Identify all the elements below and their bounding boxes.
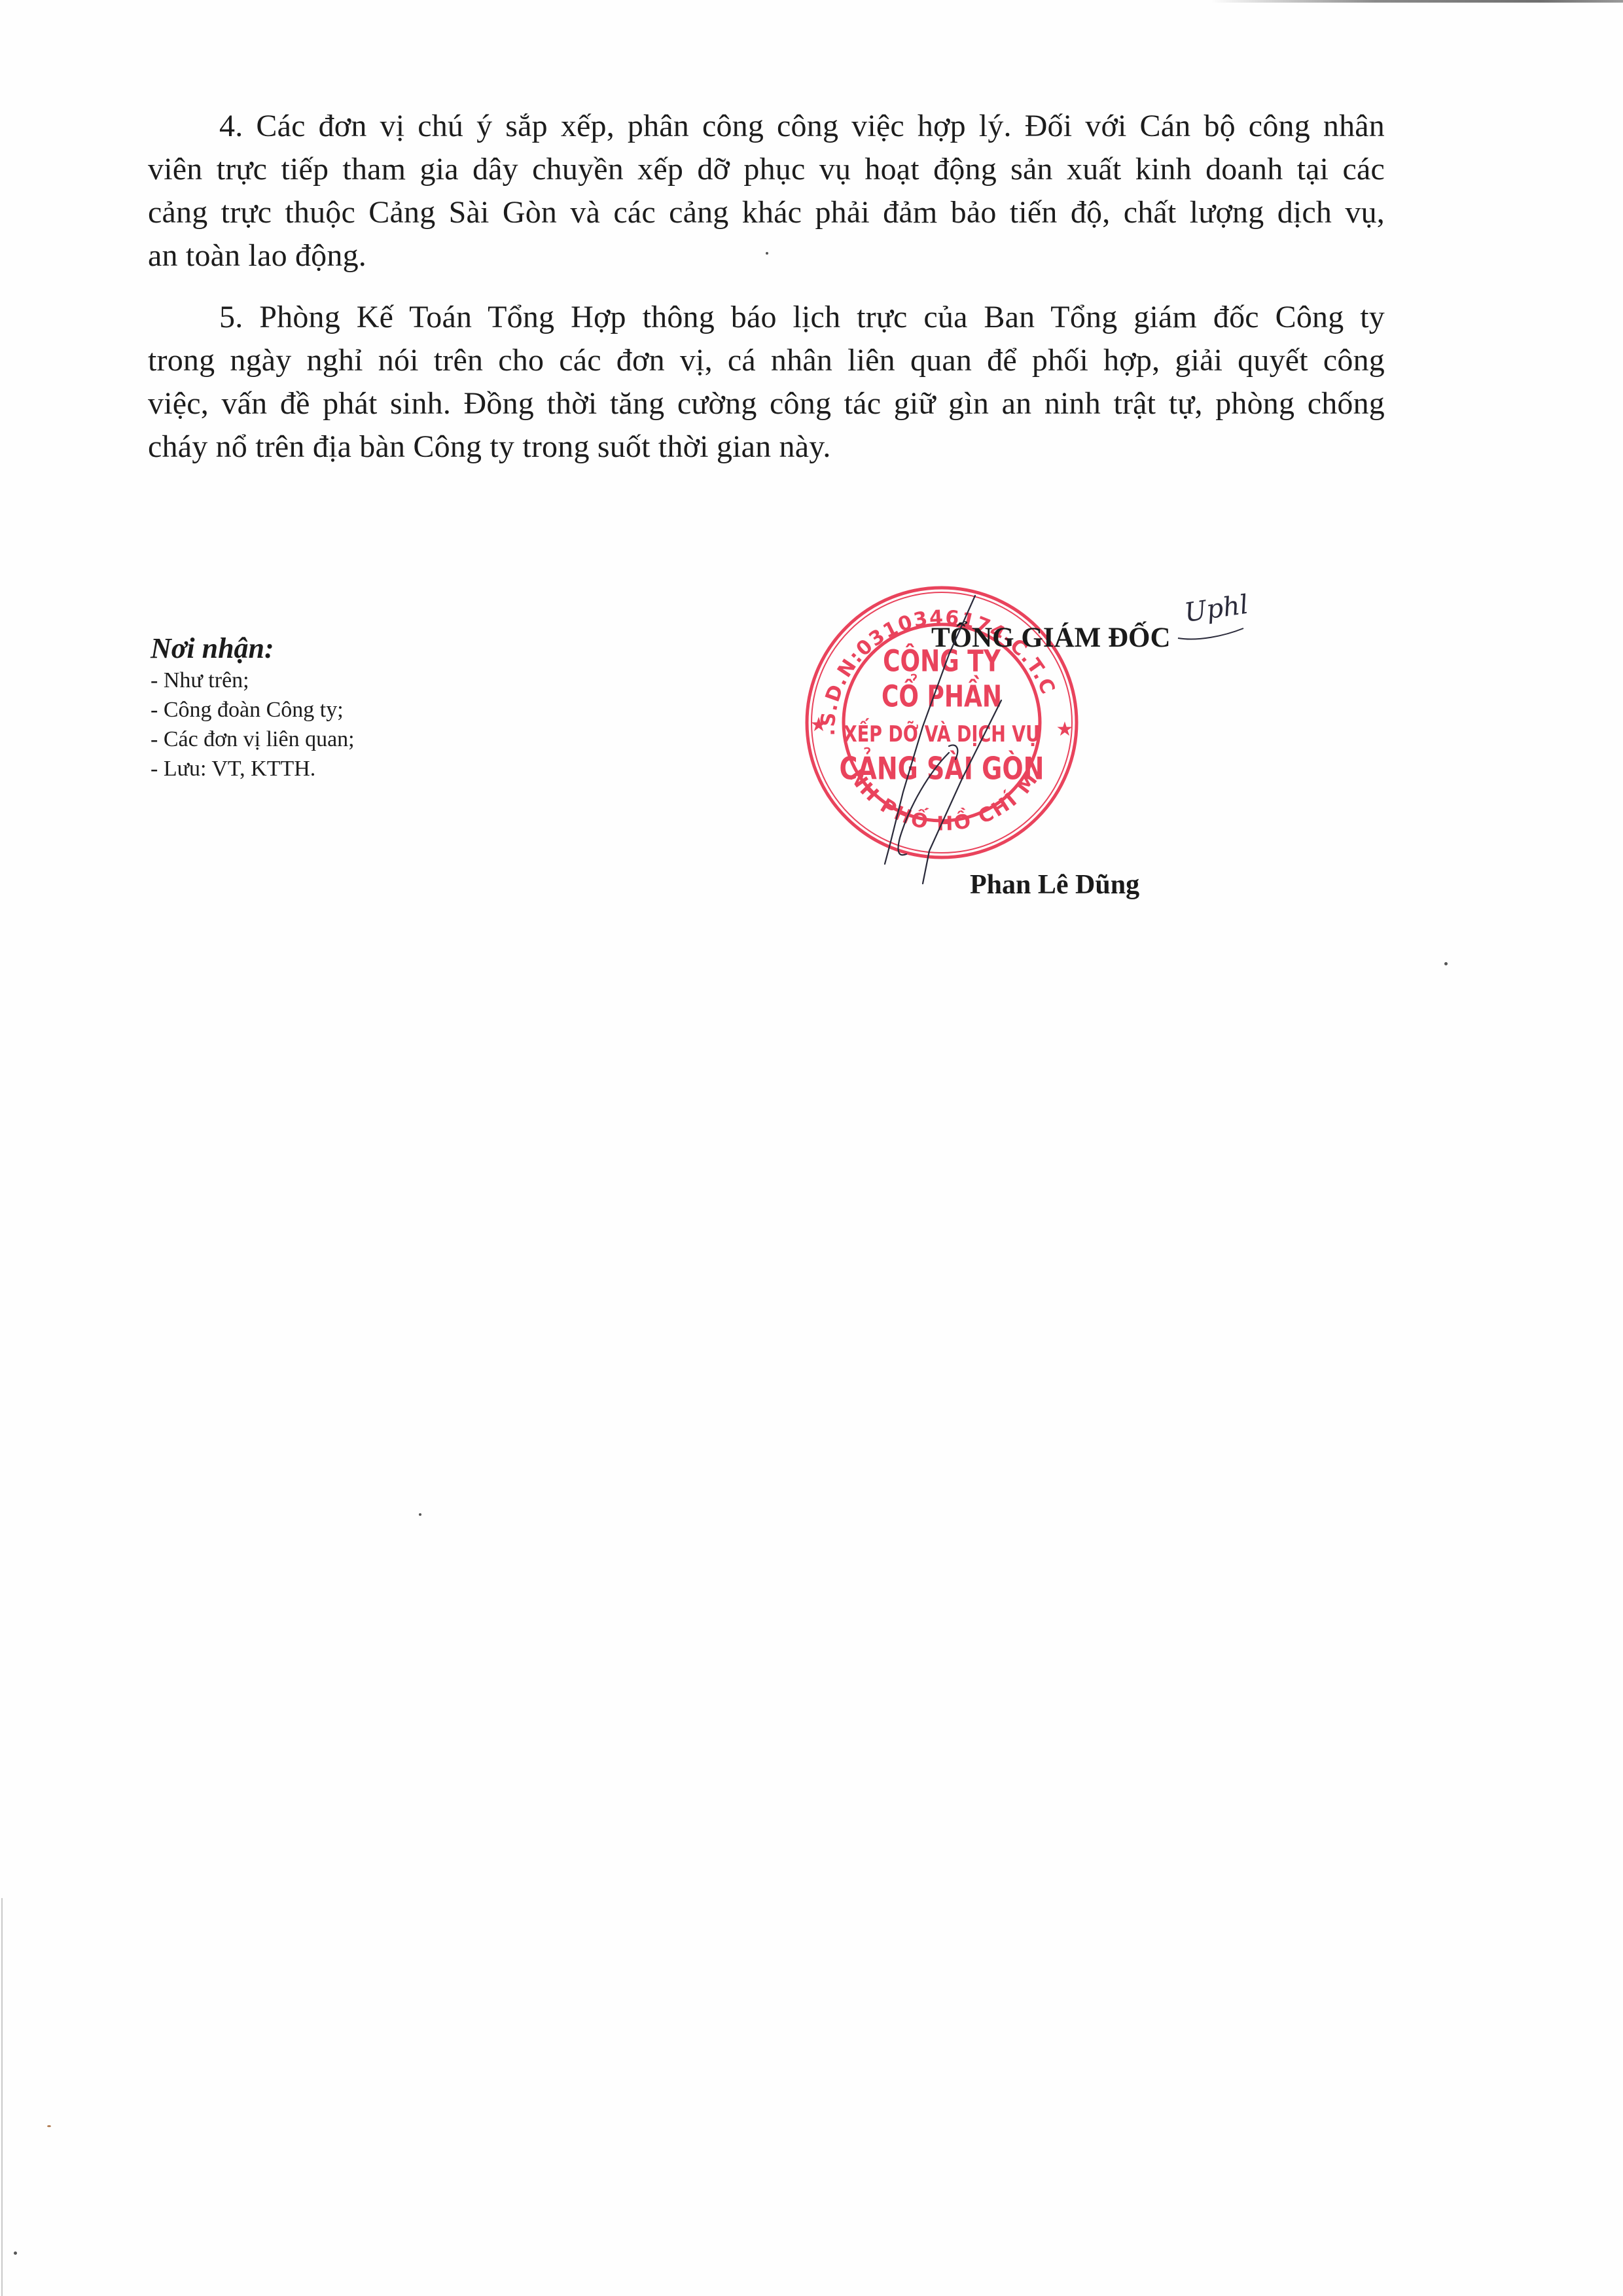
signature-initials: Uphl (1183, 590, 1250, 628)
paragraph-line: cảng trực thuộc Cảng Sài Gòn và các cảng… (148, 191, 1385, 234)
paragraph-line: viên trực tiếp tham gia dây chuyền xếp d… (148, 148, 1385, 191)
paragraph-line: việc, vấn đề phát sinh. Đồng thời tăng c… (148, 382, 1385, 425)
scan-speck (1444, 962, 1448, 965)
scan-speck (14, 2251, 17, 2255)
recipient-item: - Lưu: VT, KTTH. (151, 754, 355, 783)
stamp-line-4: CẢNG SÀI GÒN (840, 747, 1044, 787)
stamp-line-3: XẾP DỠ VÀ DỊCH VỤ (844, 719, 1040, 747)
paragraph-4: 4. Các đơn vị chú ý sắp xếp, phân công c… (148, 105, 1385, 278)
stamp-line-2: CỔ PHẦN (882, 674, 1002, 714)
recipients-heading: Nơi nhận: (151, 632, 355, 666)
scan-edge-artifact (1, 1898, 3, 2296)
paragraph-line: trong ngày nghỉ nói trên cho các đơn vị,… (148, 339, 1385, 382)
document-page: 4. Các đơn vị chú ý sắp xếp, phân công c… (0, 0, 1623, 2296)
star-icon: ★ (810, 713, 828, 736)
paragraph-5: 5. Phòng Kế Toán Tổng Hợp thông báo lịch… (148, 296, 1385, 469)
scan-speck (47, 2125, 51, 2127)
scan-speck (419, 1513, 421, 1516)
signer-title: TỔNG GIÁM ĐỐC (931, 622, 1171, 654)
recipient-item: - Các đơn vị liên quan; (151, 725, 355, 754)
signer-name: Phan Lê Dũng (970, 869, 1139, 901)
recipient-item: - Công đoàn Công ty; (151, 695, 355, 725)
recipients-block: Nơi nhận: - Như trên; - Công đoàn Công t… (151, 632, 355, 783)
star-icon: ★ (1056, 718, 1074, 741)
paragraph-line: 5. Phòng Kế Toán Tổng Hợp thông báo lịch… (148, 296, 1385, 339)
scan-edge-artifact (1211, 0, 1623, 3)
paragraph-line: cháy nổ trên địa bàn Công ty trong suốt … (148, 425, 1385, 469)
recipient-item: - Như trên; (151, 666, 355, 695)
paragraph-line: an toàn lao động. (148, 234, 1385, 278)
paragraph-line: 4. Các đơn vị chú ý sắp xếp, phân công c… (148, 105, 1385, 148)
